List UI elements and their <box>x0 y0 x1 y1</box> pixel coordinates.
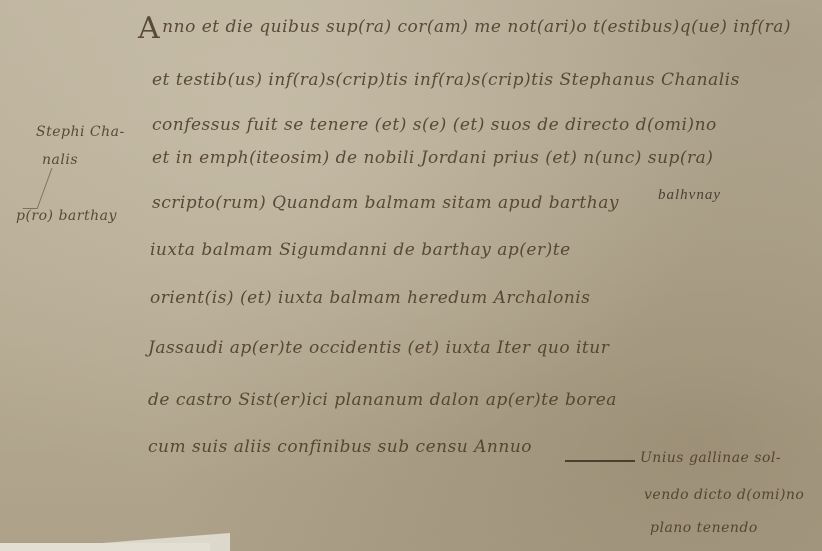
margin-gloss-right: balhvnay <box>658 187 721 204</box>
main-line-10: cum suis aliis confinibus sub censu Annu… <box>148 437 532 457</box>
main-line-1: Anno et die quibus sup(ra) cor(am) me no… <box>138 14 791 44</box>
main-line-7: orient(is) (et) iuxta balmam heredum Arc… <box>150 288 590 308</box>
margin-note-right-1: Unius gallinae sol- <box>640 450 781 466</box>
manuscript-page: Anno et die quibus sup(ra) cor(am) me no… <box>0 0 822 551</box>
decorated-initial: A <box>138 11 160 46</box>
margin-note-right-3: plano tenendo <box>650 520 758 536</box>
margin-bracket <box>23 168 53 209</box>
line-filler-dash <box>565 460 635 462</box>
main-line-9: de castro Sist(er)ici plananum dalon ap(… <box>148 390 617 410</box>
main-line-5: scripto(rum) Quandam balmam sitam apud b… <box>152 193 619 213</box>
main-line-6: iuxta balmam Sigumdanni de barthay ap(er… <box>150 240 571 260</box>
margin-note-left-3: p(ro) barthay <box>16 208 117 224</box>
margin-note-left-2: nalis <box>42 152 78 168</box>
main-line-8: Jassaudi ap(er)te occidentis (et) iuxta … <box>148 338 609 358</box>
underlying-sheet <box>0 543 210 551</box>
main-line-3: confessus fuit se tenere (et) s(e) (et) … <box>152 115 717 135</box>
margin-note-right-2: vendo dicto d(omi)no <box>644 487 804 503</box>
main-line-4: et in emph(iteosim) de nobili Jordani pr… <box>152 148 713 168</box>
main-line-1-text: nno et die quibus sup(ra) cor(am) me not… <box>162 17 791 37</box>
margin-note-left-1: Stephi Cha- <box>36 124 125 140</box>
main-line-2: et testib(us) inf(ra)s(crip)tis inf(ra)s… <box>152 70 740 90</box>
